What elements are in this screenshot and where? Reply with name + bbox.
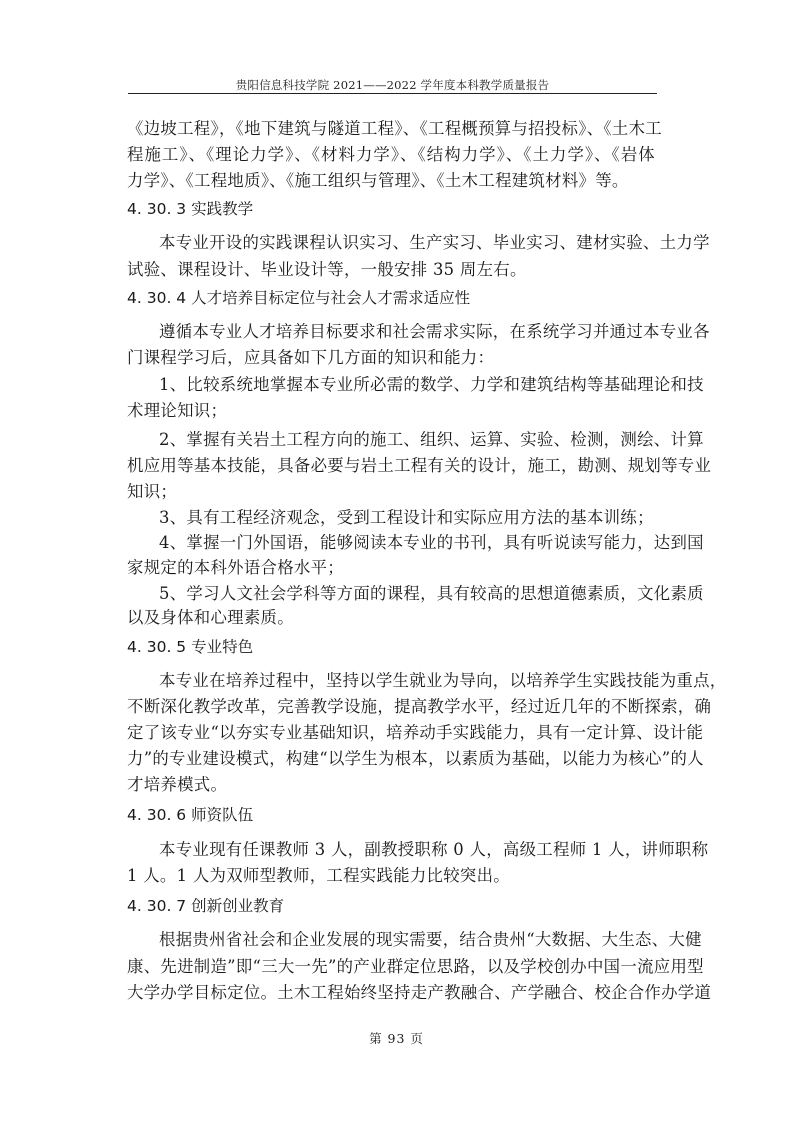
section-heading-practice-teaching: 4. 30. 3 实践教学: [127, 197, 253, 221]
paragraph-line: 不断深化教学改革，完善教学设施，提高教学水平，经过近几年的不断探索，确: [127, 694, 655, 720]
paragraph-line: 门课程学习后，应具备如下几方面的知识和能力：: [127, 345, 655, 371]
paragraph-line: 力学》、《工程地质》、《施工组织与管理》、《土木工程建筑材料》等。: [127, 168, 655, 194]
section-heading-innovation: 4. 30. 7 创新创业教育: [127, 894, 284, 918]
running-header: 贵阳信息科技学院 2021——2022 学年度本科教学质量报告: [128, 77, 657, 93]
paragraph-line: 康、先进制造”即“三大一先”的产业群定位思路，以及学校创办中国一流应用型: [127, 954, 655, 980]
paragraph-line: 试验、课程设计、毕业设计等，一般安排 35 周左右。: [127, 257, 655, 283]
paragraph-line: 知识；: [127, 479, 655, 505]
list-item-1: 1、比较系统地掌握本专业所必需的数学、力学和建筑结构等基础理论和技: [127, 372, 655, 398]
page-number: 第 93 页: [0, 1029, 793, 1047]
paragraph-line: 本专业现有任课教师 3 人，副教授职称 0 人，高级工程师 1 人，讲师职称: [127, 837, 655, 863]
paragraph-line: 以及身体和心理素质。: [127, 605, 655, 631]
list-item-3: 3、具有工程经济观念，受到工程设计和实际应用方法的基本训练；: [127, 505, 655, 531]
list-item-4: 4、掌握一门外国语，能够阅读本专业的书刊，具有听说读写能力，达到国: [127, 530, 655, 556]
paragraph-line: 家规定的本科外语合格水平；: [127, 555, 655, 581]
paragraph-line: 《边坡工程》，《地下建筑与隧道工程》、《工程概预算与招投标》、《土木工: [127, 116, 655, 142]
section-heading-faculty: 4. 30. 6 师资队伍: [127, 803, 253, 827]
paragraph-line: 根据贵州省社会和企业发展的现实需要，结合贵州“大数据、大生态、大健: [127, 927, 655, 953]
paragraph-line: 机应用等基本技能，具备必要与岩土工程有关的设计，施工，勘测、规划等专业: [127, 453, 655, 479]
section-heading-talent-goals: 4. 30. 4 人才培养目标定位与社会人才需求适应性: [127, 286, 470, 310]
list-item-5: 5、学习人文社会学科等方面的课程，具有较高的思想道德素质，文化素质: [127, 581, 655, 607]
paragraph-line: 本专业开设的实践课程认识实习、生产实习、毕业实习、建材实验、土力学: [127, 230, 655, 256]
list-item-2: 2、掌握有关岩土工程方向的施工、组织、运算、实验、检测，测绘、计算: [127, 427, 655, 453]
paragraph-line: 遵循本专业人才培养目标要求和社会需求实际，在系统学习并通过本专业各: [127, 319, 655, 345]
section-heading-features: 4. 30. 5 专业特色: [127, 635, 253, 659]
paragraph-line: 力”的专业建设模式，构建“以学生为根本，以素质为基础，以能力为核心”的人: [127, 746, 655, 772]
paragraph-line: 1 人。1 人为双师型教师，工程实践能力比较突出。: [127, 863, 655, 889]
paragraph-line: 程施工》、《理论力学》、《材料力学》、《结构力学》、《土力学》、《岩体: [127, 142, 655, 168]
header-divider: [128, 93, 657, 94]
paragraph-line: 术理论知识；: [127, 398, 655, 424]
paragraph-line: 定了该专业“以夯实专业基础知识，培养动手实践能力，具有一定计算、设计能: [127, 720, 655, 746]
paragraph-line: 大学办学目标定位。土木工程始终坚持走产教融合、产学融合、校企合作办学道: [127, 980, 655, 1006]
paragraph-line: 才培养模式。: [127, 772, 655, 798]
paragraph-line: 本专业在培养过程中，坚持以学生就业为导向，以培养学生实践技能为重点，: [127, 668, 655, 694]
